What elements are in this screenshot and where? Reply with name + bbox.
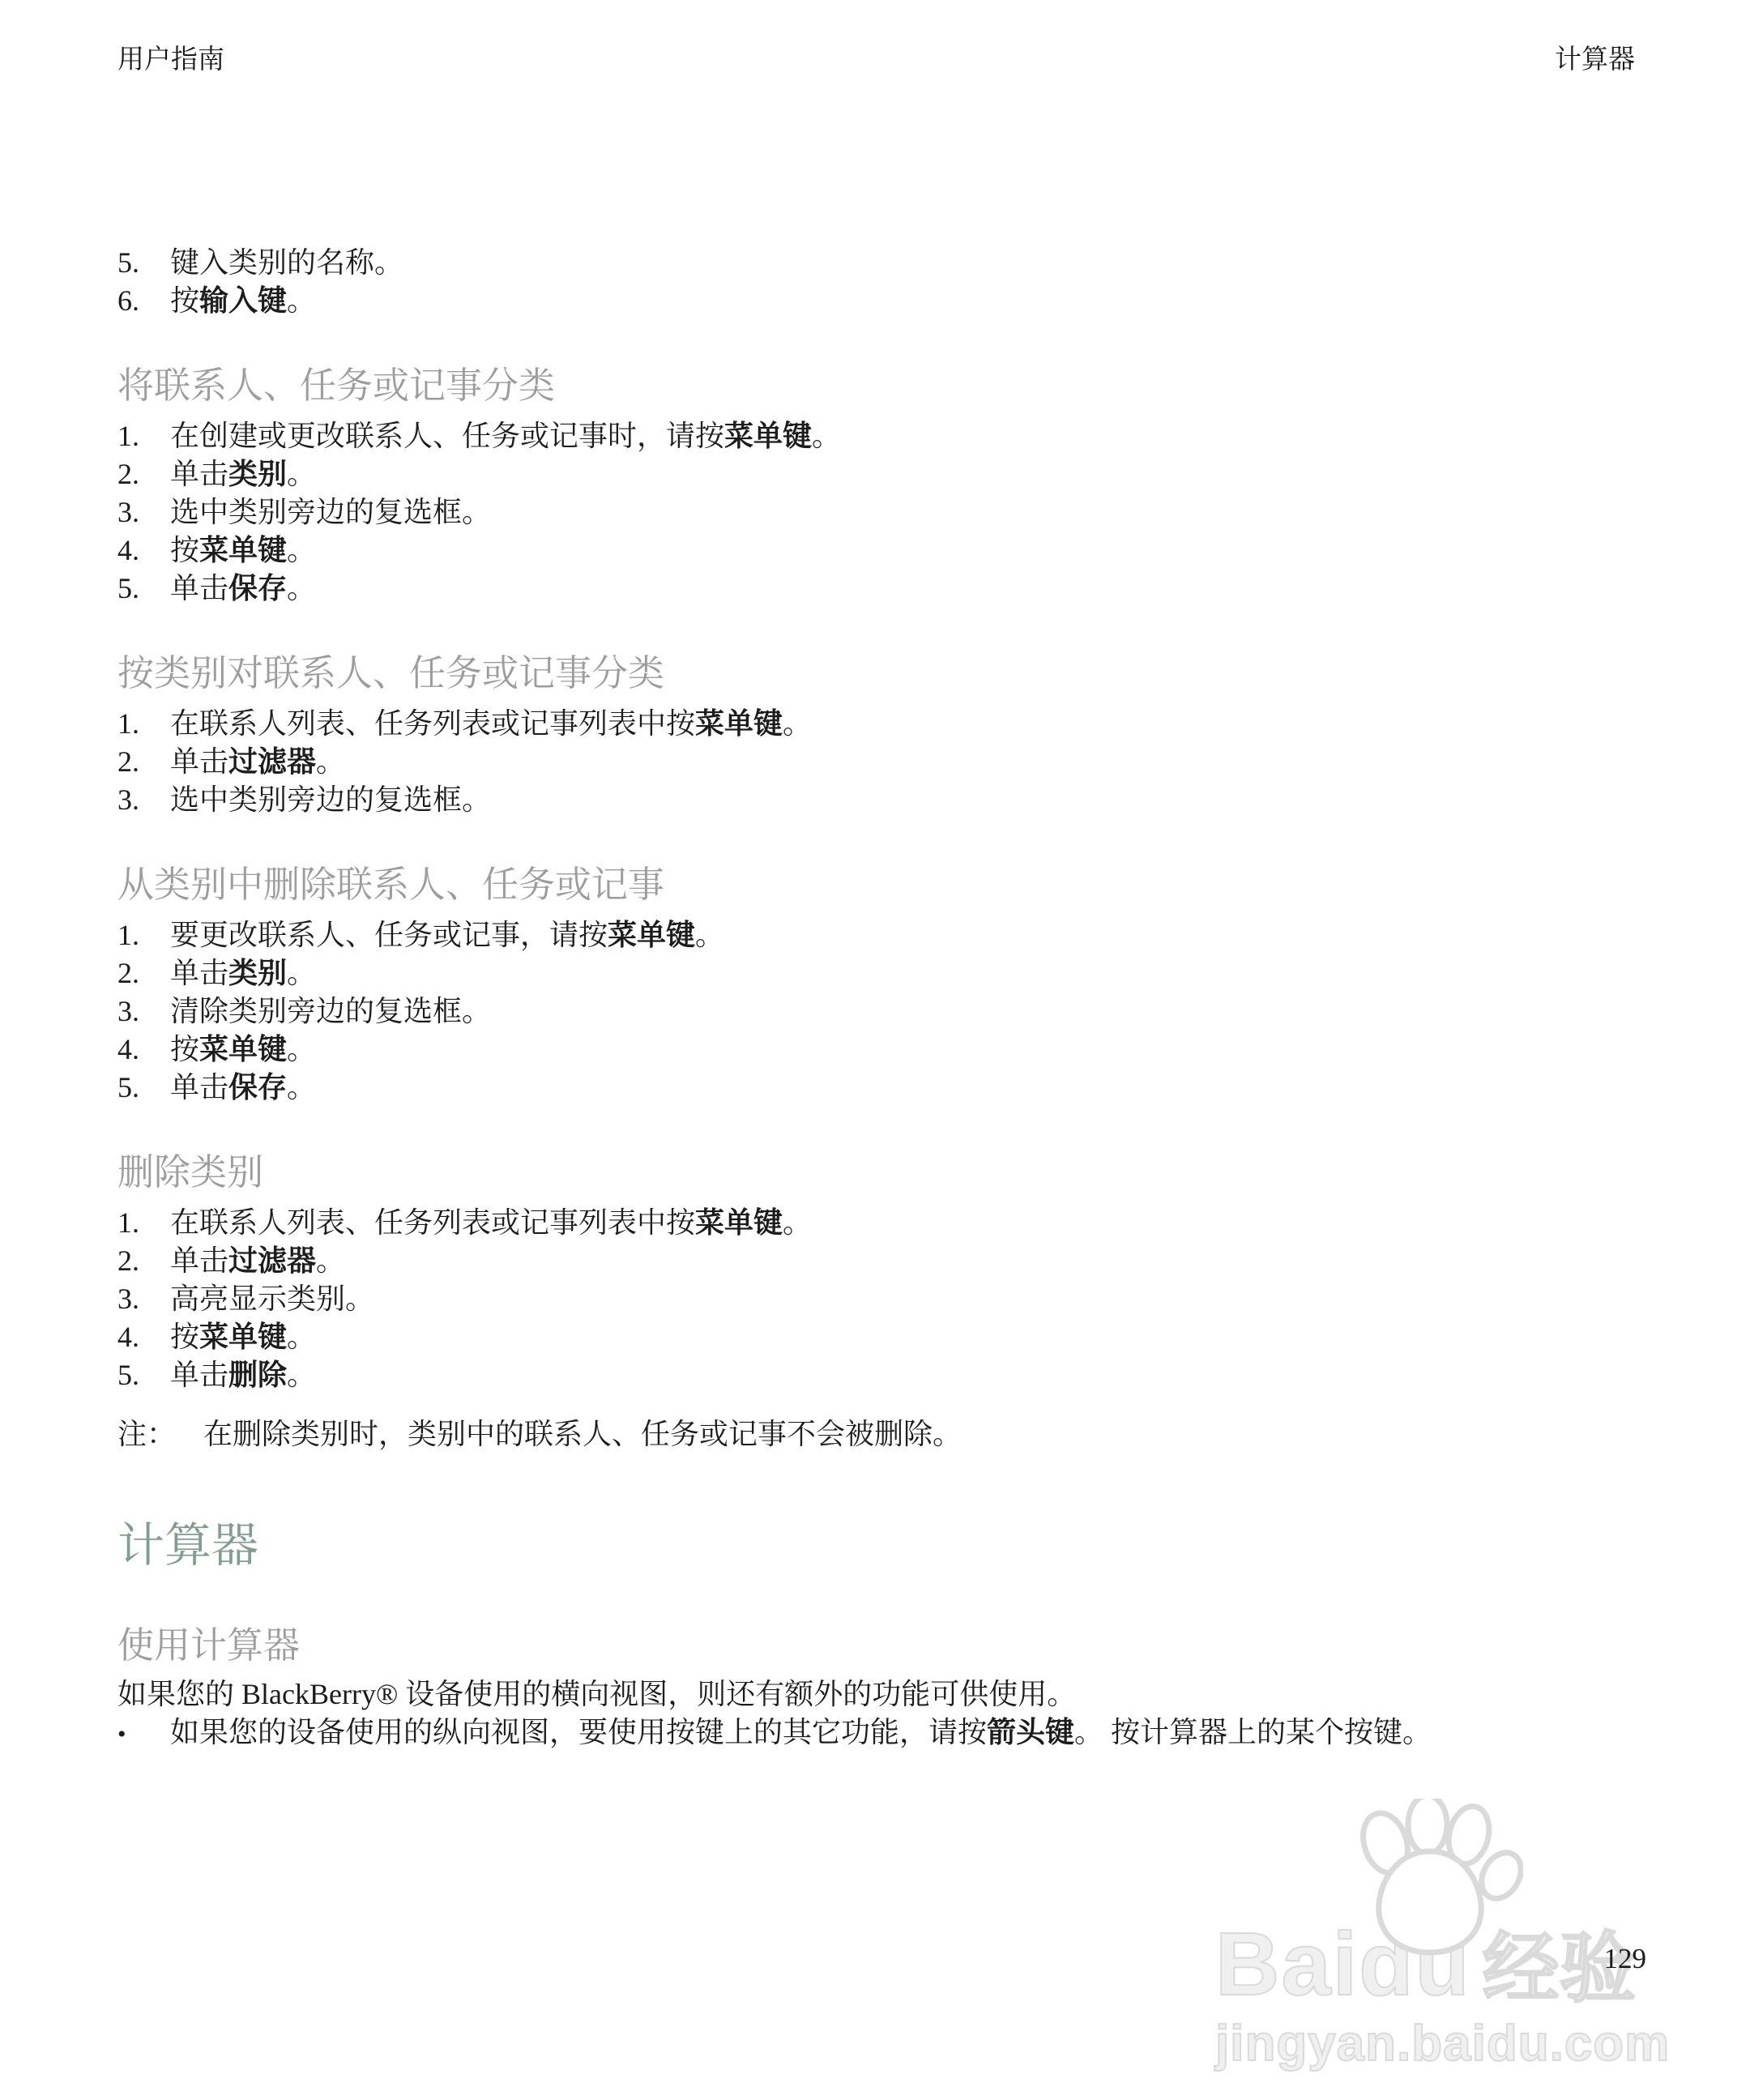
doc-section: 5.键入类别的名称。6.按输入键。: [117, 244, 1637, 320]
bold-text: 菜单键: [695, 1206, 783, 1239]
section-heading: 按类别对联系人、任务或记事分类: [117, 650, 1637, 697]
bold-text: 保存: [228, 1071, 287, 1103]
list-number: 5.: [117, 1069, 170, 1107]
text: 。: [287, 1033, 316, 1065]
list-item-text: 选中类别旁边的复选框。: [170, 781, 491, 819]
text: 。: [316, 1244, 345, 1277]
text: 。 按计算器上的某个按键。: [1074, 1716, 1432, 1748]
sections: 5.键入类别的名称。6.按输入键。将联系人、任务或记事分类1.在创建或更改联系人…: [117, 244, 1637, 1394]
text: 在联系人列表、任务列表或记事列表中按: [170, 1206, 695, 1239]
list-number: 1.: [117, 417, 170, 455]
list-item-text: 清除类别旁边的复选框。: [170, 992, 491, 1031]
list-item-text: 高亮显示类别。: [170, 1280, 374, 1318]
text: 按: [170, 1033, 199, 1065]
list-number: 5.: [117, 570, 170, 608]
list-number: 1.: [117, 705, 170, 743]
note-text: 在删除类别时，类别中的联系人、任务或记事不会被删除。: [203, 1418, 962, 1450]
note-label: 注：: [117, 1418, 176, 1450]
list-item: 4.按菜单键。: [117, 1031, 1637, 1069]
text: 单击: [170, 1244, 228, 1277]
bullet-icon: •: [117, 1715, 170, 1753]
list-item-text: 按输入键。: [170, 282, 316, 320]
section-heading: 将联系人、任务或记事分类: [117, 362, 1637, 409]
bullet-item: •如果您的设备使用的纵向视图，要使用按键上的其它功能，请按箭头键。 按计算器上的…: [117, 1714, 1637, 1753]
document-page: 用户指南 计算器 5.键入类别的名称。6.按输入键。将联系人、任务或记事分类1.…: [0, 0, 1750, 2100]
list-item: 1.在联系人列表、任务列表或记事列表中按菜单键。: [117, 1204, 1637, 1242]
list-number: 4.: [117, 1031, 170, 1069]
text: 。: [287, 957, 316, 989]
note-line: 注：在删除类别时，类别中的联系人、任务或记事不会被删除。: [117, 1415, 1637, 1453]
bold-text: 菜单键: [724, 420, 812, 452]
bold-text: 过滤器: [228, 1244, 316, 1277]
subsection-heading: 使用计算器: [117, 1622, 1637, 1669]
list-item-text: 要更改联系人、任务或记事，请按菜单键。: [170, 916, 724, 954]
list-number: 4.: [117, 531, 170, 570]
text: 高亮显示类别。: [170, 1283, 374, 1315]
list-item-text: 单击保存。: [170, 570, 316, 608]
bold-text: 菜单键: [695, 707, 783, 740]
list-item: 3.选中类别旁边的复选框。: [117, 493, 1637, 531]
section-heading: 删除类别: [117, 1149, 1637, 1196]
text: 。: [316, 745, 345, 778]
numbered-list: 1.在联系人列表、任务列表或记事列表中按菜单键。2.单击过滤器。3.高亮显示类别…: [117, 1204, 1637, 1394]
text: 单击: [170, 745, 228, 778]
paw-icon: [1337, 1799, 1523, 1969]
watermark-url: jingyan.baidu.com: [1215, 2016, 1669, 2072]
list-number: 5.: [117, 1356, 170, 1394]
text: 。: [812, 420, 841, 452]
text: 单击: [170, 572, 228, 604]
bold-text: 过滤器: [228, 745, 316, 778]
bold-text: 类别: [228, 957, 287, 989]
bold-text: 菜单键: [199, 1321, 287, 1353]
list-item-text: 在联系人列表、任务列表或记事列表中按菜单键。: [170, 1204, 812, 1242]
doc-section: 删除类别1.在联系人列表、任务列表或记事列表中按菜单键。2.单击过滤器。3.高亮…: [117, 1149, 1637, 1394]
numbered-list: 1.要更改联系人、任务或记事，请按菜单键。2.单击类别。3.清除类别旁边的复选框…: [117, 916, 1637, 1107]
bullet-list: •如果您的设备使用的纵向视图，要使用按键上的其它功能，请按箭头键。 按计算器上的…: [117, 1714, 1637, 1753]
subsection-paragraph: 如果您的 BlackBerry® 设备使用的横向视图，则还有额外的功能可供使用。: [117, 1675, 1637, 1714]
list-number: 2.: [117, 954, 170, 992]
text: 如果您的设备使用的纵向视图，要使用按键上的其它功能，请按: [170, 1716, 987, 1748]
text: 清除类别旁边的复选框。: [170, 995, 491, 1027]
list-number: 3.: [117, 493, 170, 531]
text: 选中类别旁边的复选框。: [170, 783, 491, 816]
list-item: 2.单击过滤器。: [117, 743, 1637, 781]
list-item-text: 按菜单键。: [170, 1031, 316, 1069]
list-number: 6.: [117, 282, 170, 320]
list-item-text: 单击保存。: [170, 1069, 316, 1107]
list-item: 2.单击类别。: [117, 954, 1637, 992]
list-item: 2.单击过滤器。: [117, 1242, 1637, 1280]
list-item: 5.单击保存。: [117, 1069, 1637, 1107]
header-right: 计算器: [1555, 42, 1635, 78]
numbered-list: 1.在联系人列表、任务列表或记事列表中按菜单键。2.单击过滤器。3.选中类别旁边…: [117, 705, 1637, 819]
bold-text: 菜单键: [199, 1033, 287, 1065]
text: 按: [170, 1321, 199, 1353]
text: 。: [287, 458, 316, 490]
list-item-text: 在联系人列表、任务列表或记事列表中按菜单键。: [170, 705, 812, 743]
list-item: 5.单击删除。: [117, 1356, 1637, 1394]
text: 。: [783, 1206, 812, 1239]
watermark-brand-row: Baidu 经验: [1215, 1855, 1669, 2009]
text: 在联系人列表、任务列表或记事列表中按: [170, 707, 695, 740]
list-item-text: 单击类别。: [170, 455, 316, 493]
watermark-brand: Baidu: [1215, 1920, 1471, 2009]
list-item-text: 按菜单键。: [170, 531, 316, 570]
doc-section: 将联系人、任务或记事分类1.在创建或更改联系人、任务或记事时，请按菜单键。2.单…: [117, 362, 1637, 608]
list-number: 2.: [117, 1242, 170, 1280]
text: 。: [287, 1321, 316, 1353]
list-item: 2.单击类别。: [117, 455, 1637, 493]
bold-text: 删除: [228, 1359, 287, 1391]
list-number: 3.: [117, 992, 170, 1031]
text: 在创建或更改联系人、任务或记事时，请按: [170, 420, 724, 452]
doc-section: 按类别对联系人、任务或记事分类1.在联系人列表、任务列表或记事列表中按菜单键。2…: [117, 650, 1637, 819]
text: 选中类别旁边的复选框。: [170, 496, 491, 528]
chapter-title: 计算器: [117, 1517, 1637, 1575]
list-item: 5.键入类别的名称。: [117, 244, 1637, 282]
text: 键入类别的名称。: [170, 246, 403, 279]
page-header: 用户指南 计算器: [0, 0, 1750, 78]
list-item: 4.按菜单键。: [117, 531, 1637, 570]
bold-text: 类别: [228, 458, 287, 490]
list-item: 1.在创建或更改联系人、任务或记事时，请按菜单键。: [117, 417, 1637, 455]
list-item: 1.要更改联系人、任务或记事，请按菜单键。: [117, 916, 1637, 954]
list-item-text: 按菜单键。: [170, 1318, 316, 1356]
text: 。: [287, 572, 316, 604]
text: 。: [287, 284, 316, 317]
baidu-watermark: Baidu 经验 jingyan.baidu.com: [1215, 1855, 1669, 2072]
list-item: 3.选中类别旁边的复选框。: [117, 781, 1637, 819]
text: 单击: [170, 957, 228, 989]
list-number: 3.: [117, 781, 170, 819]
doc-section: 从类别中删除联系人、任务或记事1.要更改联系人、任务或记事，请按菜单键。2.单击…: [117, 861, 1637, 1107]
text: 要更改联系人、任务或记事，请按: [170, 919, 608, 951]
text: 按: [170, 534, 199, 566]
list-item-text: 单击过滤器。: [170, 743, 345, 781]
list-item-text: 在创建或更改联系人、任务或记事时，请按菜单键。: [170, 417, 841, 455]
list-number: 1.: [117, 916, 170, 954]
bold-text: 保存: [228, 572, 287, 604]
list-item-text: 单击删除。: [170, 1356, 316, 1394]
text: 单击: [170, 1071, 228, 1103]
list-number: 4.: [117, 1318, 170, 1356]
list-number: 3.: [117, 1280, 170, 1318]
text: 单击: [170, 458, 228, 490]
bold-text: 输入键: [199, 284, 287, 317]
list-item: 1.在联系人列表、任务列表或记事列表中按菜单键。: [117, 705, 1637, 743]
page-number: 129: [1604, 1943, 1647, 1975]
header-left: 用户指南: [117, 42, 224, 78]
list-item: 4.按菜单键。: [117, 1318, 1637, 1356]
text: 。: [783, 707, 812, 740]
section-heading: 从类别中删除联系人、任务或记事: [117, 861, 1637, 908]
bold-text: 箭头键: [987, 1716, 1074, 1748]
list-item: 6.按输入键。: [117, 282, 1637, 320]
list-number: 5.: [117, 244, 170, 282]
list-item-text: 键入类别的名称。: [170, 244, 403, 282]
bold-text: 菜单键: [199, 534, 287, 566]
text: 单击: [170, 1359, 228, 1391]
bold-text: 菜单键: [608, 919, 695, 951]
list-item: 5.单击保存。: [117, 570, 1637, 608]
text: 按: [170, 284, 199, 317]
numbered-list: 5.键入类别的名称。6.按输入键。: [117, 244, 1637, 320]
list-item-text: 选中类别旁边的复选框。: [170, 493, 491, 531]
text: 。: [695, 919, 724, 951]
page-content: 5.键入类别的名称。6.按输入键。将联系人、任务或记事分类1.在创建或更改联系人…: [0, 244, 1750, 1753]
list-item-text: 单击过滤器。: [170, 1242, 345, 1280]
list-number: 2.: [117, 455, 170, 493]
list-number: 2.: [117, 743, 170, 781]
bullet-text: 如果您的设备使用的纵向视图，要使用按键上的其它功能，请按箭头键。 按计算器上的某…: [170, 1714, 1432, 1752]
text: 。: [287, 534, 316, 566]
text: 。: [287, 1359, 316, 1391]
list-number: 1.: [117, 1204, 170, 1242]
numbered-list: 1.在创建或更改联系人、任务或记事时，请按菜单键。2.单击类别。3.选中类别旁边…: [117, 417, 1637, 608]
text: 。: [287, 1071, 316, 1103]
list-item-text: 单击类别。: [170, 954, 316, 992]
list-item: 3.高亮显示类别。: [117, 1280, 1637, 1318]
list-item: 3.清除类别旁边的复选框。: [117, 992, 1637, 1031]
